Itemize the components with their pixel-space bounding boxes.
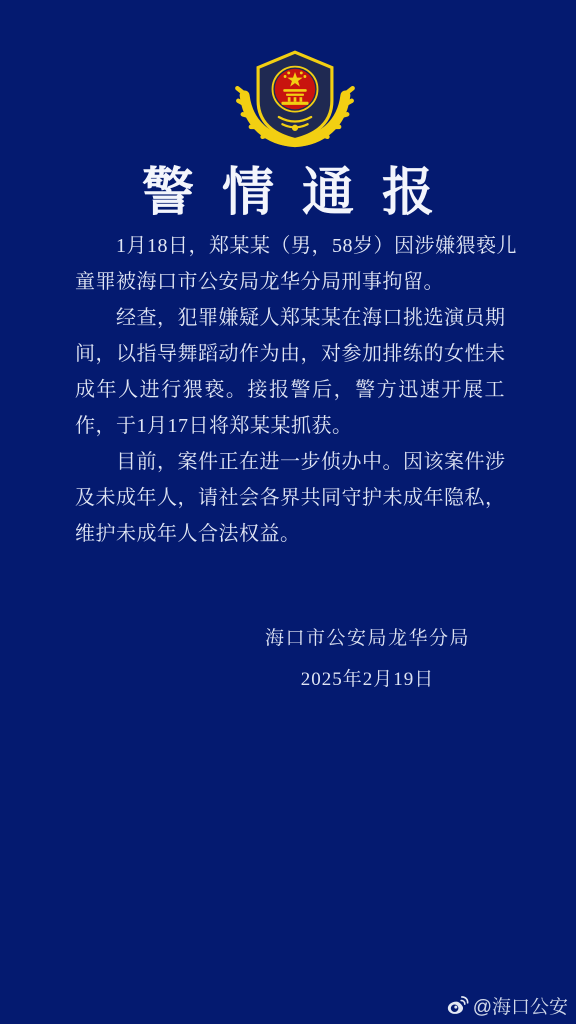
signature-block: 海口市公安局龙华分局 2025年2月19日 [225, 618, 510, 700]
notice-title: 警情通报 [0, 150, 576, 225]
body-line: 经查，犯罪嫌疑人郑某某在海口挑选演员期 [75, 300, 505, 336]
weibo-icon [445, 995, 469, 1016]
body-line: 童罪被海口市公安局龙华分局刑事拘留。 [75, 264, 505, 300]
police-notice-page: 警情通报 1月18日，郑某某（男，58岁）因涉嫌猥亵儿童罪被海口市公安局龙华分局… [0, 0, 576, 1024]
weibo-watermark: @海口公安 [445, 992, 568, 1019]
issue-date: 2025年2月19日 [225, 660, 510, 700]
weibo-handle: @海口公安 [473, 992, 568, 1019]
body-line: 及未成年人，请社会各界共同守护未成年隐私， [75, 480, 505, 516]
body-line: 成年人进行猥亵。接报警后，警方迅速开展工 [75, 372, 505, 408]
notice-body: 1月18日，郑某某（男，58岁）因涉嫌猥亵儿童罪被海口市公安局龙华分局刑事拘留。… [75, 228, 505, 552]
body-line: 间，以指导舞蹈动作为由，对参加排练的女性未 [75, 336, 505, 372]
body-line: 作，于1月17日将郑某某抓获。 [75, 408, 505, 444]
issuing-agency: 海口市公安局龙华分局 [225, 618, 510, 660]
police-badge-emblem [232, 48, 358, 150]
body-line: 维护未成年人合法权益。 [75, 516, 505, 552]
body-line: 1月18日，郑某某（男，58岁）因涉嫌猥亵儿 [75, 228, 505, 264]
body-line: 目前，案件正在进一步侦办中。因该案件涉 [75, 444, 505, 480]
